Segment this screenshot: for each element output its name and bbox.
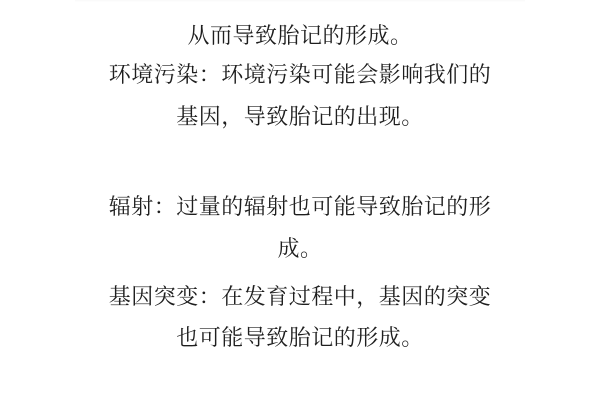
paragraph-radiation-line-2: 成。 xyxy=(0,236,600,264)
paragraph-gene-mutation-line-2: 也可能导致胎记的形成。 xyxy=(0,325,600,353)
document-page: 从而导致胎记的形成。 环境污染：环境污染可能会影响我们的 基因，导致胎记的出现。… xyxy=(0,0,600,400)
paragraph-continuation-line: 从而导致胎记的形成。 xyxy=(0,23,600,51)
paragraph-environment-pollution-line-1: 环境污染：环境污染可能会影响我们的 xyxy=(0,62,600,90)
paragraph-radiation-line-1: 辐射：过量的辐射也可能导致胎记的形 xyxy=(0,194,600,222)
paragraph-environment-pollution-line-2: 基因，导致胎记的出现。 xyxy=(0,104,600,132)
cropped-previous-line xyxy=(75,0,525,2)
paragraph-gene-mutation-line-1: 基因突变：在发育过程中，基因的突变 xyxy=(0,284,600,312)
